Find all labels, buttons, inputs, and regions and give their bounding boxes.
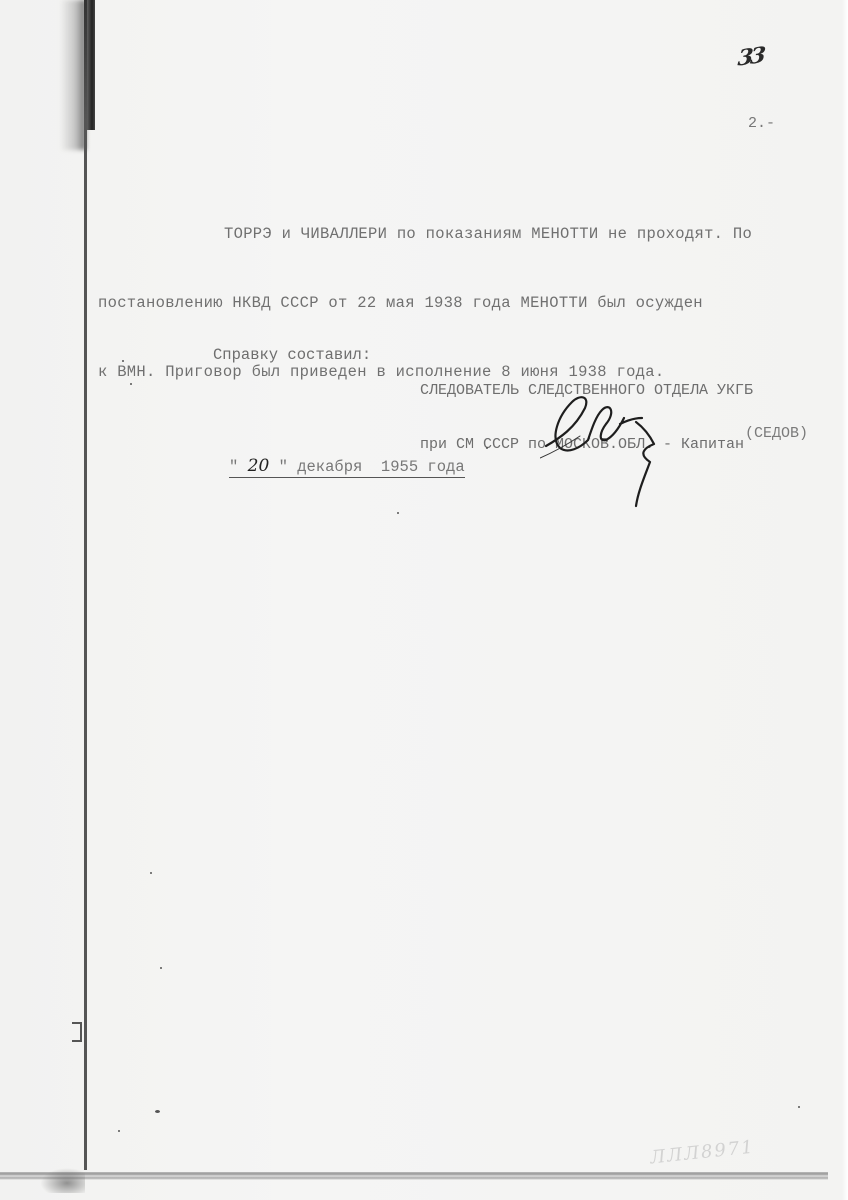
speck bbox=[798, 1106, 800, 1108]
date-month-year: декабря 1955 года bbox=[297, 458, 464, 476]
binding-fold-shadow bbox=[60, 0, 86, 150]
speck bbox=[150, 872, 152, 874]
date-day: 20 bbox=[248, 456, 270, 476]
signer-name: (СЕДОВ) bbox=[745, 425, 808, 442]
speck bbox=[160, 967, 162, 969]
page-right-edge bbox=[842, 0, 848, 1200]
date-line: " 20 " декабря 1955 года bbox=[229, 456, 465, 478]
archive-sheet-number: 33 bbox=[737, 42, 764, 71]
page-bottom-edge bbox=[0, 1172, 828, 1180]
document-page: 33 2.- ТОРРЭ и ЧИВАЛЛЕРИ по показаниям М… bbox=[0, 0, 848, 1200]
pencil-archive-mark: ЛЛЛ8971 bbox=[649, 1137, 755, 1169]
speck bbox=[486, 447, 488, 449]
speck bbox=[130, 383, 132, 385]
binding-notch bbox=[72, 1022, 82, 1042]
speck bbox=[397, 512, 399, 514]
speck bbox=[155, 1110, 160, 1113]
body-line: постановлению НКВД СССР от 22 мая 1938 г… bbox=[98, 292, 838, 315]
binding-edge bbox=[84, 0, 87, 1170]
speck bbox=[122, 360, 124, 362]
page-number: 2.- bbox=[748, 115, 775, 132]
compiled-by-label: Справку составил: bbox=[213, 346, 371, 364]
signature-icon bbox=[540, 388, 670, 510]
speck bbox=[118, 1130, 120, 1132]
page-corner-shadow bbox=[40, 1168, 85, 1193]
date-close-quote: " bbox=[279, 458, 288, 476]
date-open-quote: " bbox=[229, 458, 238, 476]
body-line: ТОРРЭ и ЧИВАЛЛЕРИ по показаниям МЕНОТТИ … bbox=[98, 223, 838, 246]
